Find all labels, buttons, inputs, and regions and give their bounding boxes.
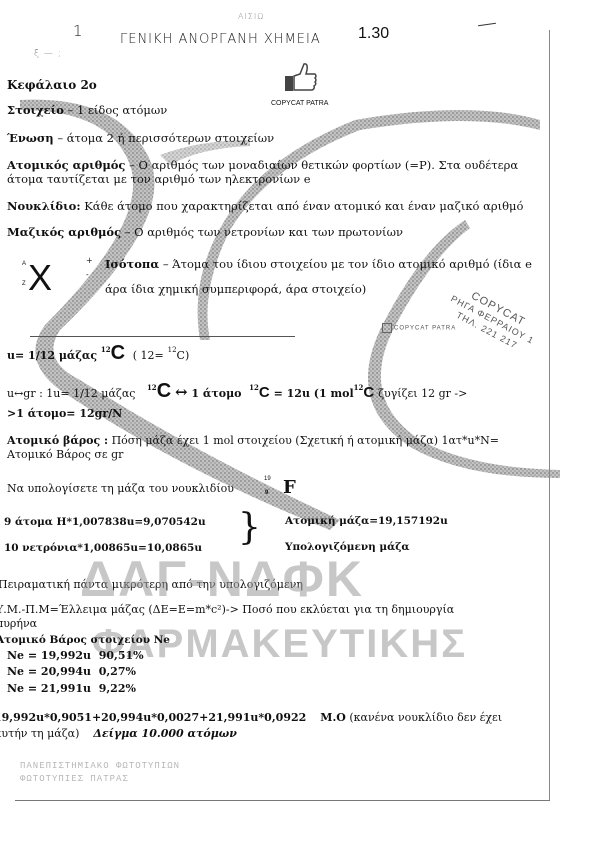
calc-hydrogen: 9 άτομα Η*1,007838u=9,070542u <box>4 515 206 529</box>
top-scribble: ΑΙΣΙΩ <box>238 12 264 21</box>
left-scribble: ξ — ; <box>34 49 62 59</box>
thumbs-up-icon <box>282 62 318 94</box>
fluorine-atomic-number: 9 <box>265 490 268 496</box>
page-bottom-line <box>15 800 550 801</box>
definition-compound: Ένωση – άτομα 2 ή περισσότερων στοιχείων <box>7 131 274 145</box>
logo-label: COPYCAT PATRA <box>271 100 328 107</box>
neon-title: Ατομικό Βάρος στοιχείου Ne <box>0 633 170 647</box>
neon-weighted-average: 19,992u*0,9051+20,994u*0,0027+21,991u*0,… <box>0 711 502 725</box>
definition-atomic-number: Ατομικός αριθμός – Ο αριθμός των μοναδια… <box>7 158 518 172</box>
chapter-title: Κεφάλαιο 2ο <box>7 78 97 92</box>
atomic-mass-result: Ατομική μάζα=19,157192u <box>285 515 448 527</box>
element-symbol-x: X <box>28 257 52 299</box>
page-edge-line <box>549 30 550 800</box>
price-label: 1.30 <box>358 25 389 43</box>
amu-one-atom: >1 άτομο= 12gr/N <box>7 407 122 421</box>
definition-element: Στοιχείο – 1 είδος ατόμων <box>7 103 167 117</box>
mass-defect-cont: πυρήνα <box>0 617 37 631</box>
stamp-small-label: COPYCAT PATRA <box>382 323 456 333</box>
neon-note-cont: αυτήν τη μάζα) Δείγμα 10.000 ατόμων <box>0 727 237 741</box>
section-divider <box>30 336 295 337</box>
atomic-weight-definition: Ατομικό βάρος : Πόση μάζα έχει 1 mol στο… <box>7 434 499 448</box>
definition-mass-number: Μαζικός αριθμός – Ο αριθμός των νετρονίω… <box>7 225 403 239</box>
exercise-prompt: Να υπολογίσετε τη μάζα του νουκλιδίου <box>7 482 234 496</box>
neon-isotope-21: Ne = 20,994u 0,27% <box>7 665 136 679</box>
watermark-line1: ΔΑΓ-ΝΔΦΚ <box>80 550 364 608</box>
definition-nuclide: Νουκλίδιο: Κάθε άτομο που χαρακτηρίζεται… <box>7 199 523 213</box>
page-number-mark: 1 <box>73 22 84 40</box>
charge-minus: - <box>86 270 89 279</box>
neon-isotope-22: Ne = 21,991u 9,22% <box>7 682 136 696</box>
charge-plus: + <box>86 256 93 265</box>
handwritten-title: ΓΕΝΙΚΗ ΑΝΟΡΓΑΝΗ ΧΗΜΕΙΑ <box>120 32 321 47</box>
faded-footer-stamp: ΠΑΝΕΠΙΣΤΗΜΙΑΚΟ ΦΩΤΟΤΥΠΙΩΝ ΦΩΤΟΤΥΠΙΕΣ ΠΑΤ… <box>20 760 180 786</box>
definition-isotopes: Ισότοπα – Άτομα του ίδιου στοιχείου με τ… <box>105 257 532 271</box>
fluorine-mass-number: 19 <box>264 476 271 482</box>
neon-isotope-20: Ne = 19,992u 90,51% <box>7 649 144 663</box>
atomic-weight-cont: Ατομικό Βάρος σε gr <box>7 448 123 462</box>
copycat-logo <box>282 62 318 98</box>
atomic-number-label: Z <box>22 281 26 287</box>
definition-isotopes-cont: άρα ίδια χημική συμπεριφορά, άρα στοιχεί… <box>105 282 366 296</box>
amu-gram-conversion: u↔gr : 1u= 1/12 μάζας 12C ↔ 1 άτομο 12C … <box>7 384 467 402</box>
amu-definition: u= 1/12 μάζας 12C ( 12= 12C) <box>7 346 189 364</box>
fluorine-symbol: F <box>283 477 296 498</box>
brace: } <box>238 507 261 548</box>
definition-atomic-number-cont: άτομα ταυτίζεται με τον αριθμό των ηλεκτ… <box>7 172 311 186</box>
mass-number-label: A <box>22 261 26 267</box>
